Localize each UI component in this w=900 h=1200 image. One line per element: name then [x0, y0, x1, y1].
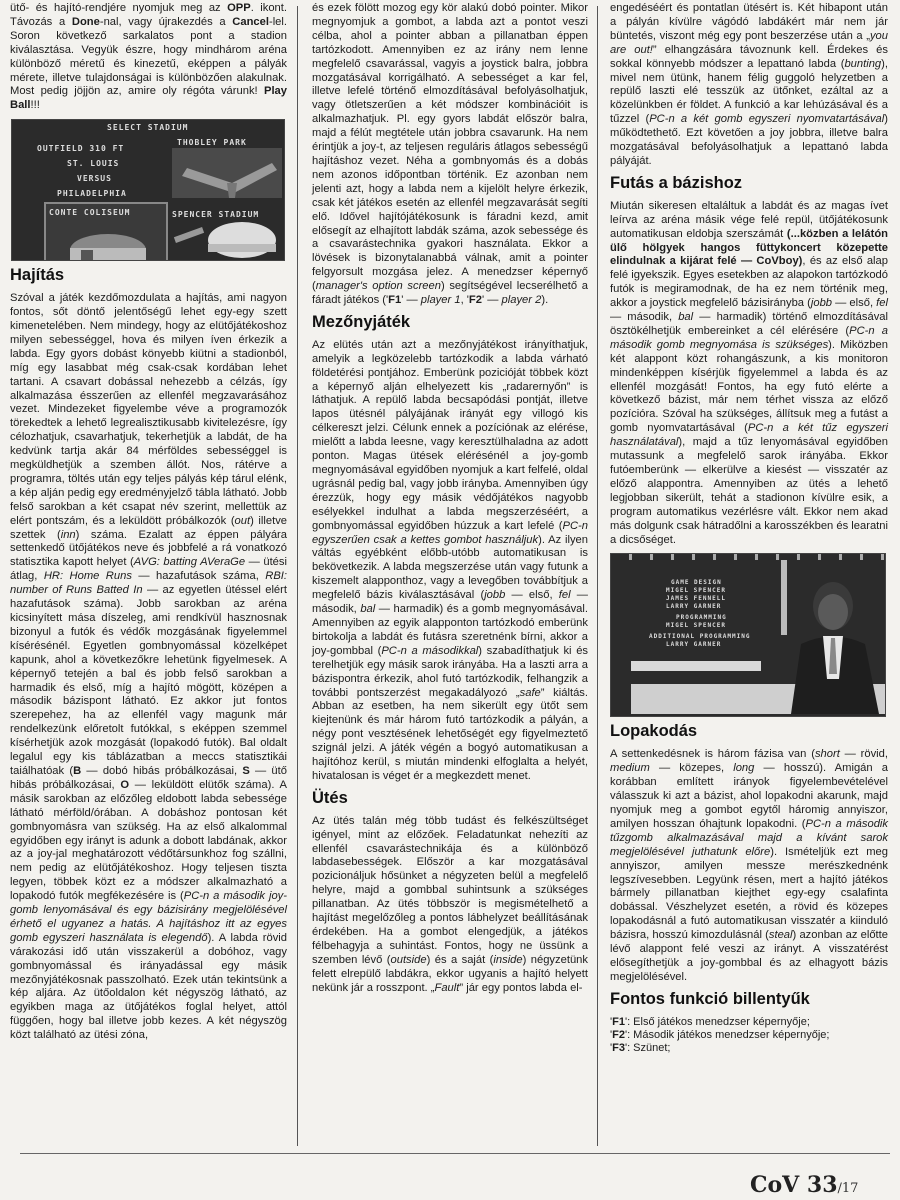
hajitas-paragraph: Szóval a játék kezdőmozdulata a hajítás,… [10, 292, 287, 1043]
footer-rule [20, 1153, 890, 1154]
credit-line: LARRY GARNER [666, 638, 721, 652]
heading-function-keys: Fontos funkció billentyűk [610, 993, 888, 1007]
function-key-list: 'F1': Első játékos menedzser képernyője;… [610, 1016, 888, 1055]
utes-paragraph: Az ütés talán még több tudást és felkész… [312, 815, 588, 996]
batting-continued-paragraph: engedéséért és pontatlan ütésért is. Két… [610, 2, 888, 169]
heading-lopakodas: Lopakodás [610, 725, 888, 739]
magazine-page: ütő- és hajító-rendjére nyomjuk meg az O… [0, 0, 900, 1200]
column-divider [597, 6, 598, 1146]
screenshot-info: VERSUS [77, 172, 112, 186]
screenshot-info: ST. LOUIS [67, 157, 119, 171]
mezonyjatek-paragraph: Az elütés után azt a mezőnyjátékost irán… [312, 339, 588, 784]
heading-futas: Futás a bázishoz [610, 177, 888, 191]
column-middle: és ezek fölött mozog egy kör alakú dobó … [312, 2, 588, 996]
screenshot-title: SELECT STADIUM [107, 121, 188, 135]
arena-image [172, 220, 282, 260]
function-key-item: 'F2': Második játékos menedzser képernyő… [610, 1029, 888, 1042]
heading-hajitas: Hajítás [10, 269, 287, 283]
function-key-item: 'F3': Szünet; [610, 1042, 888, 1055]
heading-utes: Ütés [312, 792, 588, 806]
arena-image [172, 148, 282, 198]
column-divider [297, 6, 298, 1146]
desk-edge [631, 661, 761, 671]
arena-label: CONTE COLISEUM [49, 206, 130, 220]
photo-top-edge [611, 554, 885, 560]
screenshot-info: PHILADELPHIA [57, 187, 127, 201]
function-key-item: 'F1': Első játékos menedzser képernyője; [610, 1016, 888, 1029]
screenshot-info: OUTFIELD 310 FT [37, 142, 124, 156]
magazine-issue: CoV 33 [750, 1172, 838, 1198]
person-image [761, 574, 885, 714]
page-number: /17 [838, 1181, 859, 1196]
credits-photo: GAME DESIGN MIGEL SPENCER JAMES FENNELL … [610, 553, 886, 717]
intro-paragraph: ütő- és hajító-rendjére nyomjuk meg az O… [10, 2, 287, 113]
heading-mezonyjatek: Mezőnyjáték [312, 316, 588, 330]
futas-paragraph: Miután sikeresen eltaláltuk a labdát és … [610, 200, 888, 548]
page-folio: CoV 33/17 [750, 1172, 858, 1198]
lopakodas-paragraph: A settenkedésnek is három fázisa van (sh… [610, 748, 888, 984]
pitching-continued-paragraph: és ezek fölött mozog egy kör alakú dobó … [312, 2, 588, 308]
column-left: ütő- és hajító-rendjére nyomjuk meg az O… [10, 2, 287, 1043]
column-right: engedéséért és pontatlan ütésért is. Két… [610, 2, 888, 1055]
arena-selected-frame: CONTE COLISEUM [44, 202, 168, 261]
select-stadium-screenshot: SELECT STADIUM OUTFIELD 310 FT ST. LOUIS… [11, 119, 285, 261]
